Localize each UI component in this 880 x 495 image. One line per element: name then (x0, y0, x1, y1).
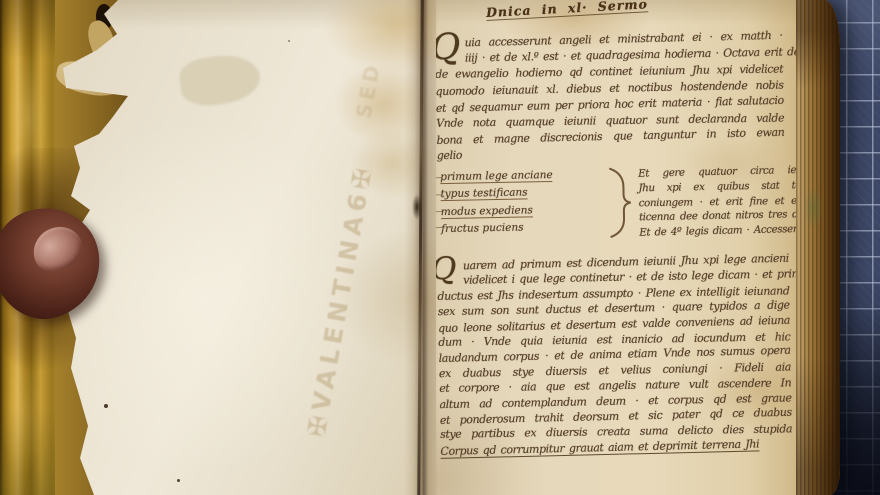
bracketed-list: primum lege anciane typus testificans mo… (440, 162, 807, 249)
text-line: Et de 4º legis dicam · Accessernt ce (639, 222, 821, 241)
page-heading: Dnica in xl· Sermo (486, 0, 649, 21)
list-items: primum lege anciane typus testificans mo… (440, 166, 609, 239)
text-line: coniungem · et erit fine et equali (639, 193, 821, 211)
bracket-note-column: Et gere quatuor circa ieiunia Jhu xpi ex… (638, 163, 821, 240)
right-page: Dnica in xl· Sermo ~˜~ Q uia accesserunt… (424, 0, 840, 495)
worm-hole (177, 479, 180, 482)
cropped-top-line-fragment: ~˜~ (636, 0, 667, 3)
gutter-dark-mark (412, 194, 422, 220)
list-item: fructus puciens (441, 218, 609, 239)
list-item-label: typus testificans (440, 187, 527, 202)
manuscript-photo: ✠VALENTINA6✠ SED Dnica in xl· Sermo ~˜~ … (0, 0, 880, 495)
watermark-text: ✠VALENTINA6✠ (294, 120, 385, 480)
open-book: ✠VALENTINA6✠ SED Dnica in xl· Sermo ~˜~ … (0, 0, 840, 495)
manuscript-text-block: Dnica in xl· Sermo ~˜~ Q uia accesserunt… (424, 0, 813, 495)
stacked-page-edges (796, 0, 840, 495)
list-item-label: modus expediens (441, 204, 533, 219)
thumb-nail (25, 218, 90, 280)
list-item-label: primum lege anciane (440, 169, 553, 184)
list-item-label: fructus puciens (441, 222, 524, 236)
curly-brace-icon (608, 166, 633, 238)
paragraph-1: uia accesserunt angeli et ministrabant e… (434, 29, 784, 165)
ink-speck (288, 40, 290, 42)
paragraph-2: uarem ad primum est dicendum ieiunii Jhu… (437, 251, 793, 458)
worm-hole (104, 404, 108, 408)
